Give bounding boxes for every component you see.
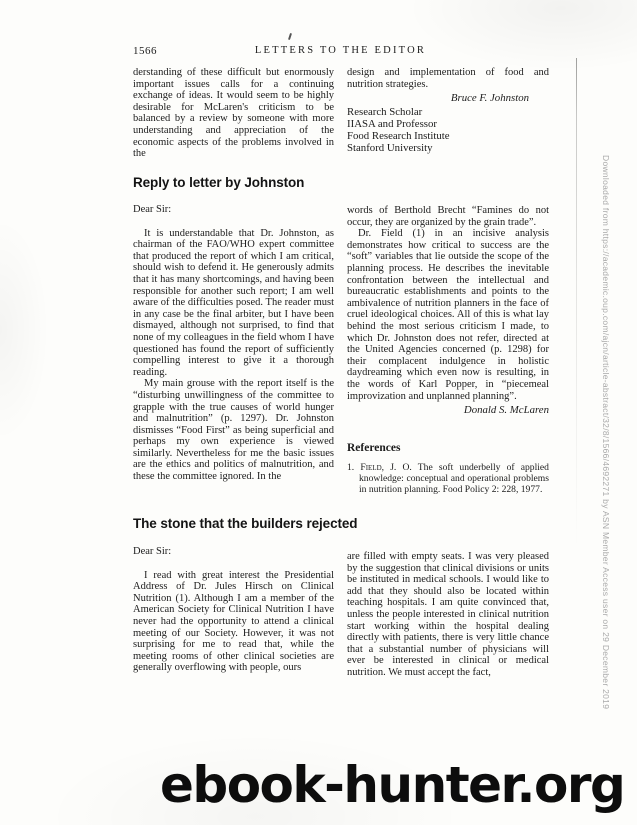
- continued-letter-left-column: derstanding of these difficult but enorm…: [133, 67, 334, 160]
- continued-letter-right-column: design and implementation of food and nu…: [347, 67, 549, 154]
- reference-author: Field, J. O.: [360, 462, 411, 473]
- section-heading-stone-builders: The stone that the builders rejected: [133, 516, 357, 531]
- affiliation-line: Research Scholar: [347, 106, 549, 118]
- scan-noise-mark: [288, 33, 292, 40]
- references-heading: References: [347, 443, 549, 455]
- journal-page-scan: 1566 LETTERS TO THE EDITOR derstanding o…: [0, 0, 637, 825]
- download-notice: Downloaded from https://academic.oup.com…: [597, 155, 611, 715]
- running-title: LETTERS TO THE EDITOR: [133, 45, 548, 56]
- signature-donald-mclaren: Donald S. McLaren: [347, 404, 549, 416]
- reply-paragraph: Dr. Field (1) in an incisive analysis de…: [347, 228, 549, 402]
- affiliation-line: Food Research Institute: [347, 130, 549, 142]
- stone-paragraph: I read with great interest the President…: [133, 570, 334, 674]
- continued-letter-text-left: derstanding of these difficult but enorm…: [133, 67, 334, 160]
- reply-paragraph: words of Berthold Brecht “Famines do not…: [347, 205, 549, 228]
- stone-paragraph: are filled with empty seats. I was very …: [347, 551, 549, 679]
- affiliation-line: IIASA and Professor: [347, 118, 549, 130]
- scan-fold-line: [576, 58, 577, 546]
- salutation: Dear Sir:: [133, 204, 334, 216]
- continued-letter-text-right: design and implementation of food and nu…: [347, 67, 549, 90]
- signature-bruce-johnston: Bruce F. Johnston: [347, 92, 549, 104]
- salutation: Dear Sir:: [133, 546, 334, 558]
- stone-letter-right-column: are filled with empty seats. I was very …: [347, 551, 549, 679]
- reply-paragraph: It is understandable that Dr. Johnston, …: [133, 228, 334, 379]
- section-heading-reply-to-johnston: Reply to letter by Johnston: [133, 175, 304, 190]
- reply-letter-right-column: words of Berthold Brecht “Famines do not…: [347, 205, 549, 495]
- affiliation-line: Stanford University: [347, 142, 549, 154]
- affiliation-block: Research Scholar IIASA and Professor Foo…: [347, 106, 549, 154]
- reply-paragraph: My main grouse with the report itself is…: [133, 378, 334, 482]
- reference-entry: 1. Field, J. O. The soft underbelly of a…: [347, 463, 549, 496]
- reply-letter-left-column: Dear Sir: It is understandable that Dr. …: [133, 204, 334, 483]
- reference-number: 1.: [347, 462, 354, 473]
- stone-letter-left-column: Dear Sir: I read with great interest the…: [133, 546, 334, 674]
- watermark-text: ebook-hunter.org: [160, 756, 624, 814]
